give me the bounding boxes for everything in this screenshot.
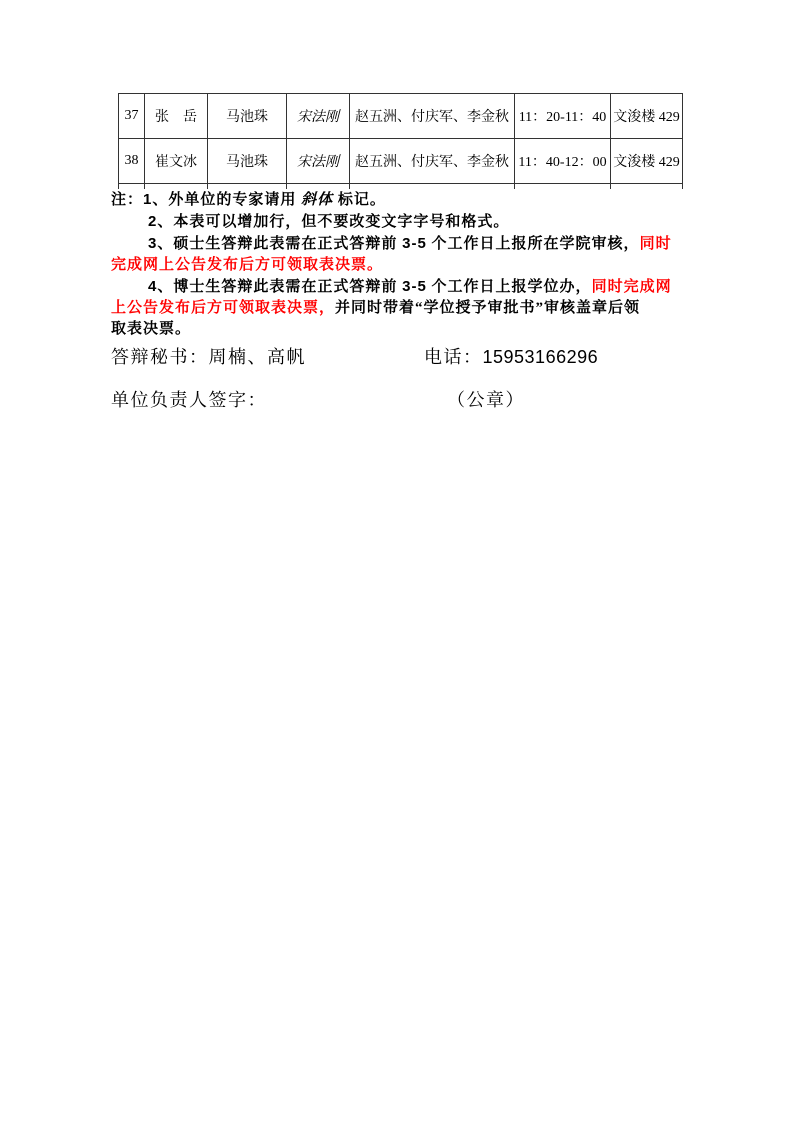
- signature-line: 单位负责人签字：: [111, 386, 267, 412]
- note-text-red: 上公告发布后方可领取表决票，: [111, 300, 335, 316]
- table-row: 37 张 岳 马池珠 宋法刚 赵五洲、付庆军、李金秋 11：20-11：40 文…: [119, 94, 683, 139]
- seal-label: （公章）: [447, 386, 525, 412]
- document-page: 37 张 岳 马池珠 宋法刚 赵五洲、付庆军、李金秋 11：20-11：40 文…: [0, 0, 793, 1122]
- note-text: 个工作日上报学位办，: [427, 279, 592, 295]
- cell-location: 文浚楼 429: [611, 139, 683, 184]
- note-text: 4: [148, 278, 157, 295]
- note-line: 3、硕士生答辩此表需在正式答辩前 3-5 个工作日上报所在学院审核，同时: [111, 233, 711, 255]
- note-line: 注：1、外单位的专家请用 斜体 标记。: [111, 189, 711, 211]
- cell-external-member: 宋法刚: [287, 139, 350, 184]
- notes: 注：1、外单位的专家请用 斜体 标记。2、本表可以增加行，但不要改变文字字号和格…: [111, 189, 711, 340]
- cell-student-name: 崔文冰: [145, 139, 208, 184]
- note-line: 取表决票。: [111, 319, 711, 340]
- note-text: 、硕士生答辩此表需在正式答辩前: [157, 236, 402, 252]
- note-text: 3: [148, 235, 157, 252]
- note-text: 2: [148, 213, 157, 230]
- cell-committee: 赵五洲、付庆军、李金秋: [350, 94, 515, 139]
- cell-time: 11：40-12：00: [515, 139, 611, 184]
- note-text-red: 同时完成网: [592, 279, 672, 295]
- cell-supervisor: 马池珠: [208, 94, 287, 139]
- note-text-red: 完成网上公告发布后方可领取表决票。: [111, 257, 383, 273]
- note-text: 、外单位的专家请用: [152, 192, 301, 208]
- cell-supervisor: 马池珠: [208, 139, 287, 184]
- note-text: 斜体: [301, 192, 333, 208]
- cell-student-name: 张 岳: [145, 94, 208, 139]
- note-text: 并同时带着“学位授予审批书”审核盖章后领: [335, 300, 640, 316]
- phone-label: 电话：: [424, 347, 483, 367]
- note-text: 3-5: [402, 278, 427, 295]
- note-text: 取表决票。: [111, 321, 191, 337]
- cell-no: 38: [119, 139, 145, 184]
- note-text: 3-5: [402, 235, 427, 252]
- note-text-red: 同时: [640, 236, 672, 252]
- secretary-line: 答辩秘书：周楠、高帆: [111, 343, 306, 369]
- cell-committee: 赵五洲、付庆军、李金秋: [350, 139, 515, 184]
- note-text: 注：: [111, 192, 143, 208]
- note-text: 个工作日上报所在学院审核，: [427, 236, 640, 252]
- note-text: 1: [143, 191, 152, 208]
- cell-external-member: 宋法刚: [287, 94, 350, 139]
- note-text: 、博士生答辩此表需在正式答辩前: [157, 279, 402, 295]
- phone-number: 15953166296: [483, 347, 599, 367]
- phone-line: 电话：15953166296: [424, 343, 598, 369]
- note-line: 完成网上公告发布后方可领取表决票。: [111, 255, 711, 276]
- cell-time: 11：20-11：40: [515, 94, 611, 139]
- note-text: 、本表可以增加行，但不要改变文字字号和格式。: [157, 214, 509, 230]
- note-text: 标记。: [333, 192, 386, 208]
- defense-schedule-table: 37 张 岳 马池珠 宋法刚 赵五洲、付庆军、李金秋 11：20-11：40 文…: [118, 93, 683, 184]
- cell-no: 37: [119, 94, 145, 139]
- cell-location: 文浚楼 429: [611, 94, 683, 139]
- note-line: 4、博士生答辩此表需在正式答辩前 3-5 个工作日上报学位办，同时完成网: [111, 276, 711, 298]
- note-line: 上公告发布后方可领取表决票，并同时带着“学位授予审批书”审核盖章后领: [111, 298, 711, 319]
- table-row: 38 崔文冰 马池珠 宋法刚 赵五洲、付庆军、李金秋 11：40-12：00 文…: [119, 139, 683, 184]
- note-line: 2、本表可以增加行，但不要改变文字字号和格式。: [111, 211, 711, 233]
